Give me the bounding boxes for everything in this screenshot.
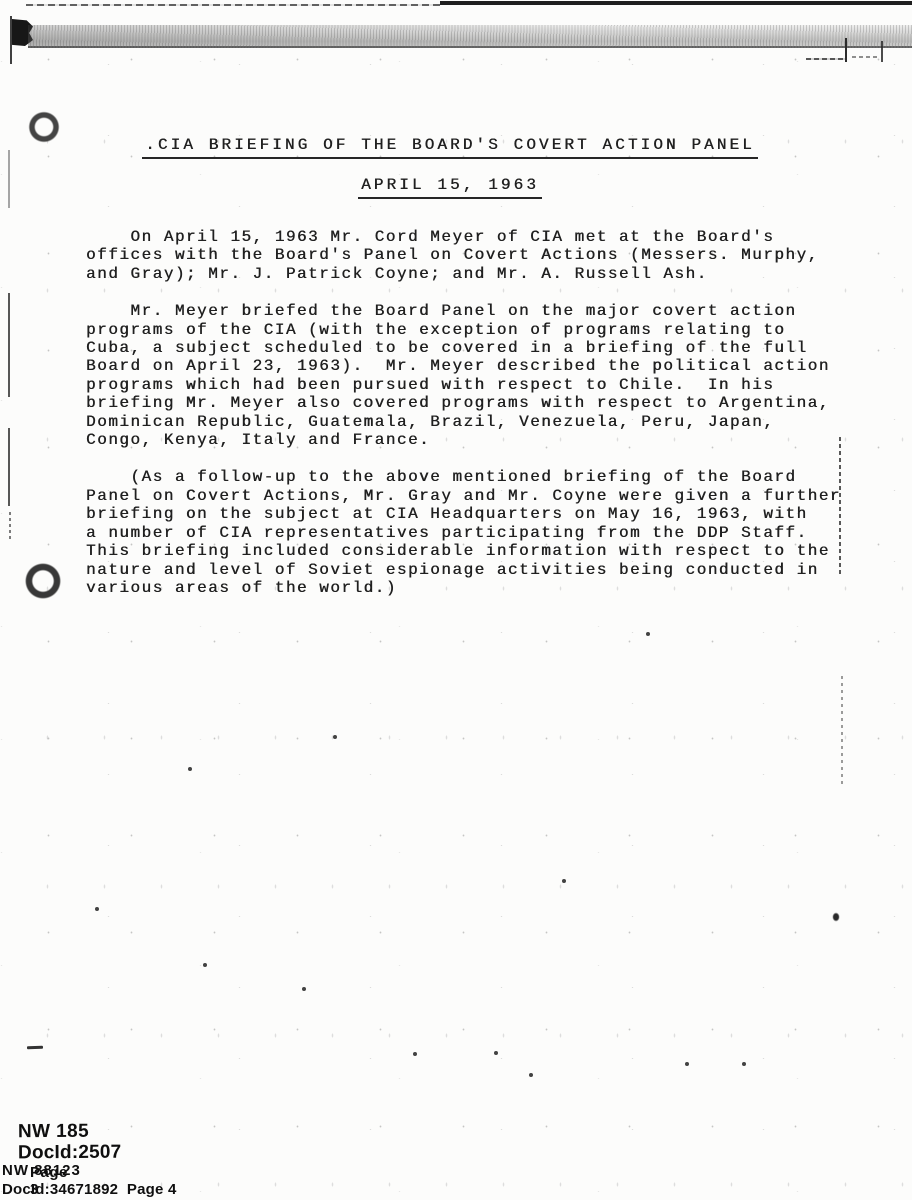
memo-title: .CIA BRIEFING OF THE BOARD'S COVERT ACTI…: [142, 136, 758, 159]
left-margin-line: [8, 150, 10, 208]
left-margin-line: [10, 16, 12, 64]
crop-mark: [806, 58, 847, 60]
scan-smudge-band: [28, 25, 912, 48]
ink-speck: [494, 1051, 498, 1055]
ink-speck: [203, 963, 207, 967]
memo-paragraph-3: (As a follow-up to the above mentioned b…: [86, 468, 876, 597]
hole-punch-mark: [23, 561, 63, 601]
memo-body: On April 15, 1963 Mr. Cord Meyer of CIA …: [86, 228, 876, 616]
scanned-document-page: .CIA BRIEFING OF THE BOARD'S COVERT ACTI…: [0, 0, 912, 1200]
ink-speck: [95, 907, 99, 911]
left-margin-line: [8, 293, 10, 397]
memo-title-row: .CIA BRIEFING OF THE BOARD'S COVERT ACTI…: [140, 136, 760, 159]
crop-mark: [852, 56, 878, 58]
ink-speck: [302, 987, 306, 991]
left-margin-line: [8, 428, 10, 506]
ink-speck: [188, 767, 192, 771]
crop-mark: [881, 41, 883, 62]
hole-punch-mark: [27, 110, 61, 144]
memo-date-row: APRIL 15, 1963: [140, 176, 760, 199]
memo-date-heading: APRIL 15, 1963: [358, 176, 542, 199]
ink-speck: [413, 1052, 417, 1056]
stamp-overlap-line: NW 88123 Page 3: [2, 1162, 81, 1182]
right-margin-dashed-line: [841, 676, 843, 788]
scanner-edge-line: [440, 1, 912, 5]
left-margin-line-dotted: [9, 512, 11, 540]
stamp-docid: DocId:2507: [18, 1142, 122, 1165]
ink-speck: [685, 1062, 689, 1066]
ink-speck: [832, 912, 840, 922]
stray-pen-dash: [27, 1046, 43, 1050]
ink-speck: [646, 632, 650, 636]
memo-paragraph-2: Mr. Meyer briefed the Board Panel on the…: [86, 302, 876, 449]
ink-speck: [333, 735, 337, 739]
ink-speck: [529, 1073, 533, 1077]
memo-paragraph-1: On April 15, 1963 Mr. Cord Meyer of CIA …: [86, 228, 876, 283]
ink-speck: [742, 1062, 746, 1066]
scanner-edge-line-dashed: [26, 4, 440, 6]
stamp-nw-number: NW 185: [18, 1121, 89, 1143]
ink-speck: [562, 879, 566, 883]
stamp-docid-page: DocId:34671892 Page 4: [2, 1181, 177, 1198]
